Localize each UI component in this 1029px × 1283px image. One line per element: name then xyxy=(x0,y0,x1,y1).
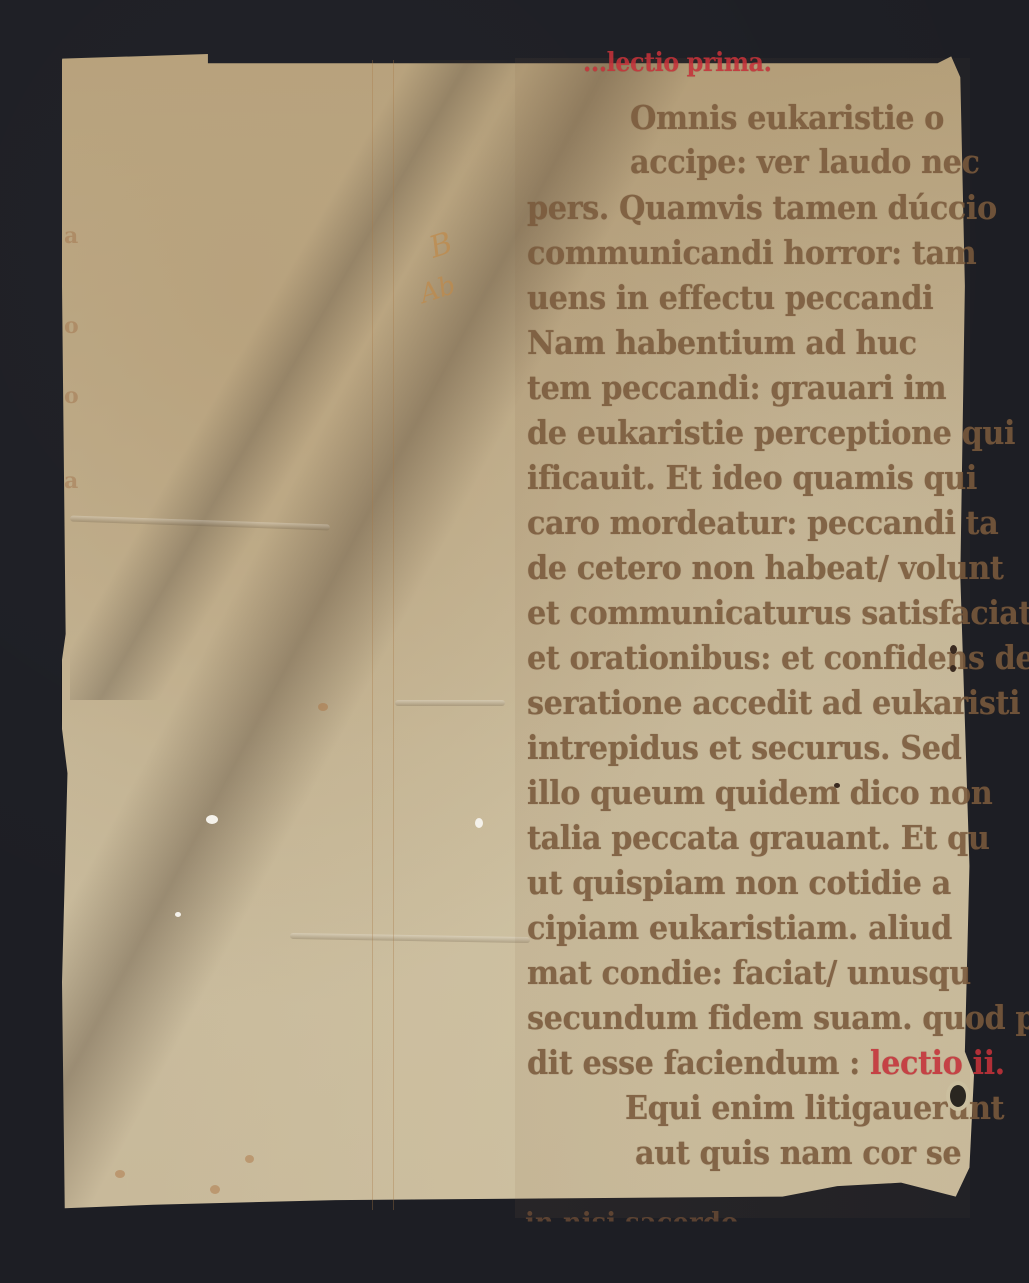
text-line: dit esse faciendum : lectio ii. xyxy=(527,1043,1005,1082)
text-line: accipe: ver laudo nec xyxy=(630,142,980,181)
foxing-spot xyxy=(245,1155,254,1163)
text-line: ificauit. Et ideo quamis qui xyxy=(527,458,977,497)
text-line: de eukaristie perceptione qui xyxy=(527,413,1015,452)
text-line: illo queum quidem dico non xyxy=(527,773,992,812)
text-line: Nam habentium ad huc xyxy=(527,323,917,362)
ruling-line xyxy=(372,60,373,1210)
offset-letter: o xyxy=(64,315,84,337)
text-line: secundum fidem suam. quod pie xyxy=(527,998,1029,1037)
text-line: cipiam eukaristiam. aliud xyxy=(527,908,952,947)
edge-curl xyxy=(950,1085,966,1107)
ink-speck xyxy=(834,783,840,788)
rubric-heading: ...lectio prima. xyxy=(583,48,771,78)
foxing-spot xyxy=(318,703,328,711)
text-line: pers. Quamvis tamen dúccio xyxy=(527,188,997,227)
text-line: aut quis nam cor se xyxy=(635,1133,961,1172)
paper-hole xyxy=(475,818,483,828)
text-line: caro mordeatur: peccandi ta xyxy=(527,503,998,542)
text-line: communicandi horror: tam xyxy=(527,233,976,272)
text-line: ut quispiam non cotidie a xyxy=(527,863,951,902)
text-line: intrepidus et securus. Sed xyxy=(527,728,961,767)
text-line: Omnis eukaristie o xyxy=(630,98,944,137)
offset-letter: o xyxy=(64,385,84,407)
wormhole xyxy=(950,645,957,654)
text-column: ...lectio prima. Omnis eukaristie o acci… xyxy=(515,58,970,1218)
wormhole xyxy=(950,665,956,672)
text-line: uens in effectu peccandi xyxy=(527,278,933,317)
text-line: mat condie: faciat/ unusqu xyxy=(527,953,971,992)
paper-hole xyxy=(175,912,181,917)
text-line-content: dit esse faciendum : xyxy=(527,1043,860,1082)
ruling-line xyxy=(393,60,394,1210)
text-line: et communicaturus satisfaciat: lac xyxy=(527,593,1029,632)
text-line: seratione accedit ad eukaristi xyxy=(527,683,1020,722)
offset-letter: a xyxy=(64,225,84,247)
foxing-spot xyxy=(210,1185,220,1194)
text-line: de cetero non habeat/ volunt xyxy=(527,548,1003,587)
foxing-spot xyxy=(115,1170,125,1178)
text-line: talia peccata grauant. Et qu xyxy=(527,818,990,857)
rubric-lectio-ii: lectio ii. xyxy=(870,1043,1005,1082)
text-line: Equi enim litigauerunt xyxy=(625,1088,1004,1127)
offset-letter: a xyxy=(64,470,84,492)
paper-hole xyxy=(206,815,218,824)
text-line: tem peccandi: grauari im xyxy=(527,368,946,407)
